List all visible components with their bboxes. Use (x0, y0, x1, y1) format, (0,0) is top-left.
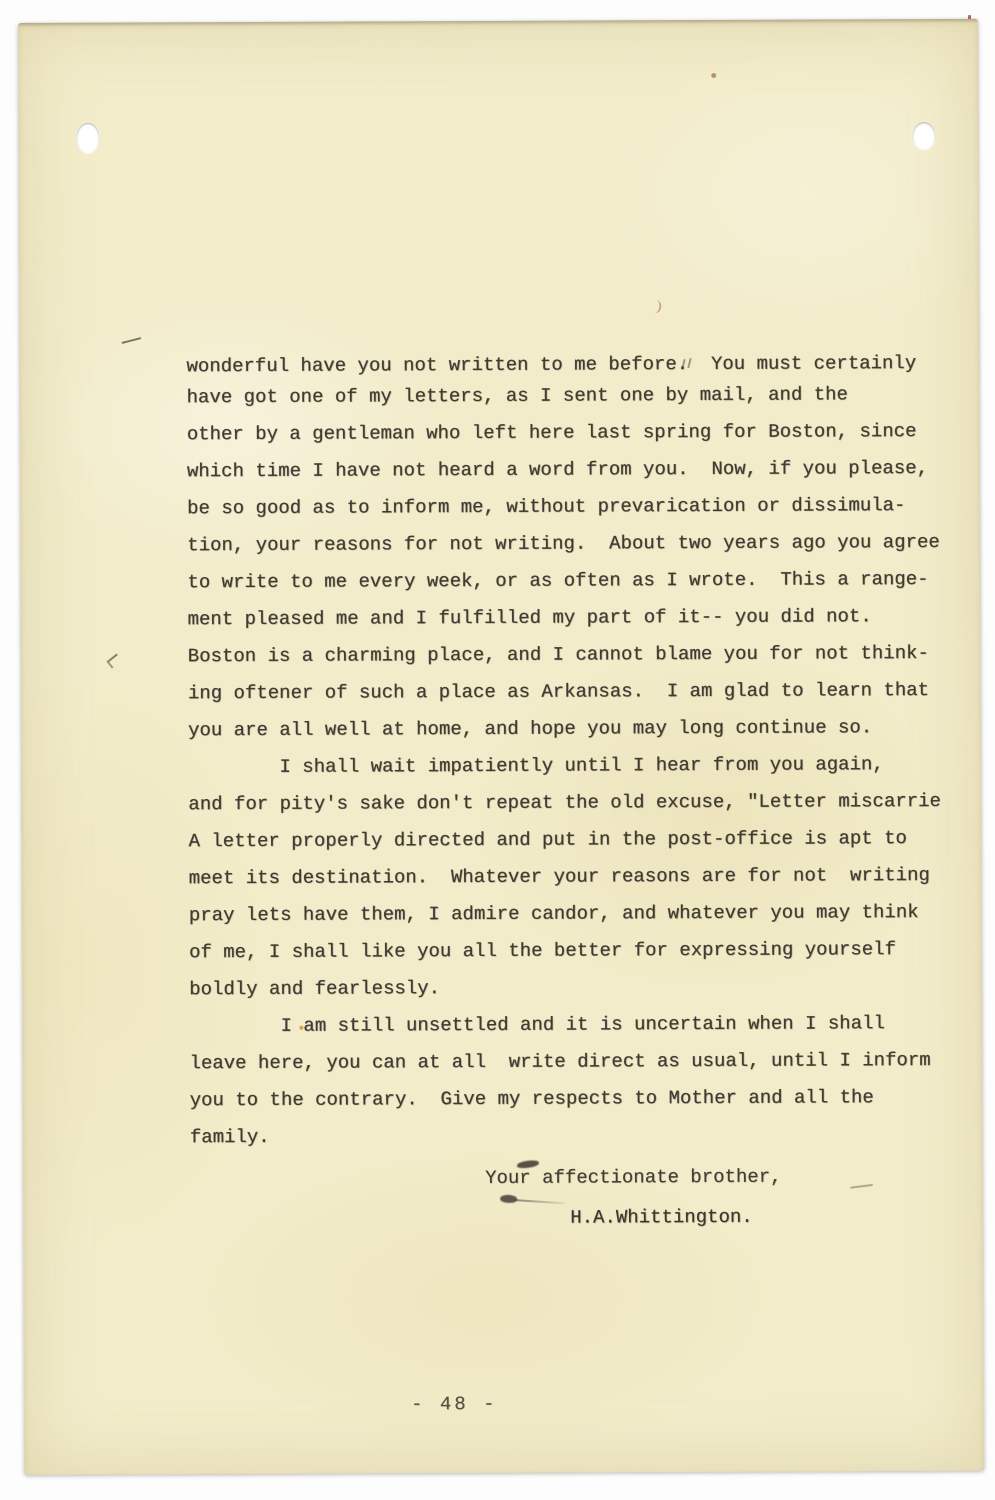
letter-line: to write to me every week, or as often a… (187, 561, 962, 601)
letter-page: wonderful have you not written to me bef… (18, 19, 984, 1475)
letter-closing: Your affectionate brother, (485, 1166, 782, 1189)
pencil-dash-mark (121, 337, 141, 344)
scanned-letter: wonderful have you not written to me bef… (0, 0, 995, 1500)
letter-line: be so good as to inform me, without prev… (187, 487, 962, 527)
letter-line: which time I have not heard a word from … (187, 450, 962, 490)
paper-speck (711, 73, 716, 78)
letter-line: leave here, you can at all write direct … (189, 1042, 964, 1082)
letter-body: wonderful have you not written to me bef… (186, 351, 964, 1156)
letter-line: other by a gentleman who left here last … (187, 413, 962, 453)
letter-line: pray lets have them, I admire candor, an… (189, 894, 964, 934)
letter-line: ing oftener of such a place as Arkansas.… (188, 672, 963, 712)
letter-line: ment pleased me and I fulfilled my part … (188, 598, 963, 638)
punch-hole-right (912, 122, 935, 150)
letter-line: and for pity's sake don't repeat the old… (188, 783, 963, 823)
letter-line: Boston is a charming place, and I cannot… (188, 635, 963, 675)
letter-line: of me, I shall like you all the better f… (189, 931, 964, 971)
letter-line: tion, your reasons for not writing. Abou… (187, 524, 962, 564)
letter-line: have got one of my letters, as I sent on… (187, 376, 962, 416)
letter-line: I shall wait impatiently until I hear fr… (188, 746, 963, 786)
punch-hole-left (76, 123, 99, 154)
letter-line: A letter properly directed and put in th… (188, 820, 963, 860)
letter-line: meet its destination. Whatever your reas… (189, 857, 964, 897)
paper-top-edge-shadow (18, 19, 978, 27)
pencil-caret-mark (106, 654, 122, 669)
letter-line: boldly and fearlessly. (189, 968, 964, 1008)
pencil-dash-mark (850, 1184, 873, 1189)
letter-line: family. (190, 1116, 965, 1156)
page-number: - 48 - (411, 1393, 498, 1415)
letter-line: you to the contrary. Give my respects to… (190, 1079, 965, 1119)
ink-scribble-mark (500, 1195, 517, 1203)
letter-line: wonderful have you not written to me bef… (186, 351, 961, 379)
letter-line: I am still unsettled and it is uncertain… (189, 1005, 964, 1045)
faded-ink-squiggle (650, 300, 662, 314)
ink-scribble-tail (515, 1199, 565, 1204)
letter-signature: H.A.Whittington. (570, 1206, 753, 1229)
letter-line: you are all well at home, and hope you m… (188, 709, 963, 749)
